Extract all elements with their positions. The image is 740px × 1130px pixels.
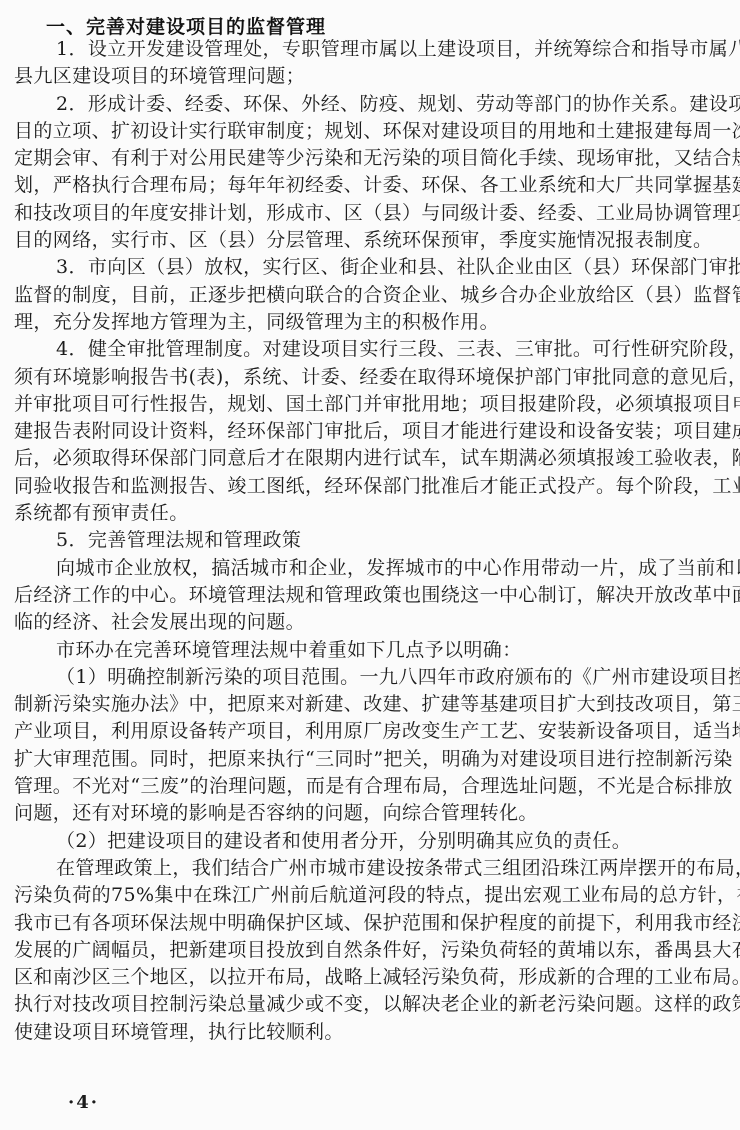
text-line: （1）明确控制新污染的项目范围。一九八四年市政府颁布的《广州市建设项目控: [14, 664, 730, 691]
text-line: 5．完善管理法规和管理政策: [14, 527, 730, 554]
text-line: 须有环境影响报告书(表)，系统、计委、经委在取得环境保护部门审批同意的意见后，: [14, 364, 730, 391]
page-number: ·4·: [68, 1092, 99, 1113]
text-line: 扩大审理范围。同时，把原来执行“三同时”把关，明确为对建设项目进行控制新污染: [14, 746, 730, 773]
text-line: 3．市向区（县）放权，实行区、街企业和县、社队企业由区（县）环保部门审批: [14, 254, 730, 281]
text-line: 执行对技改项目控制污染总量减少或不变，以解决老企业的新老污染问题。这样的政策: [14, 991, 730, 1018]
text-line: 制新污染实施办法》中，把原来对新建、改建、扩建等基建项目扩大到技改项目，第三: [14, 691, 730, 718]
text-line: 污染负荷的75%集中在珠江广州前后航道河段的特点，提出宏观工业布局的总方针，在: [14, 882, 730, 909]
text-line: 目的网络，实行市、区（县）分层管理、系统环保预审，季度实施情况报表制度。: [14, 227, 730, 254]
body-text: 1．设立开发建设管理处，专职管理市属以上建设项目，并统筹综合和指导市属八县九区建…: [14, 36, 730, 1046]
text-line: 1．设立开发建设管理处，专职管理市属以上建设项目，并统筹综合和指导市属八: [14, 36, 730, 63]
section-heading: 一、完善对建设项目的监督管理: [46, 12, 326, 39]
text-line: 后，必须取得环保部门同意后才在限期内进行试车，试车期满必须填报竣工验收表，附: [14, 445, 730, 472]
text-line: 后经济工作的中心。环境管理法规和管理政策也围绕这一中心制订，解决开放改革中面: [14, 582, 730, 609]
text-line: 管理。不光对“三废”的治理问题，而是有合理布局，合理选址问题，不光是合标排放: [14, 773, 730, 800]
text-line: 并审批项目可行性报告，规划、国土部门并审批用地；项目报建阶段，必须填报项目申: [14, 391, 730, 418]
text-line: 同验收报告和监测报告、竣工图纸，经环保部门批准后才能正式投产。每个阶段，工业: [14, 473, 730, 500]
document-page: 一、完善对建设项目的监督管理 1．设立开发建设管理处，专职管理市属以上建设项目，…: [0, 0, 740, 1130]
text-line: 临的经济、社会发展出现的问题。: [14, 609, 730, 636]
text-line: 发展的广阔幅员，把新建项目投放到自然条件好，污染负荷轻的黄埔以东，番禺县大石: [14, 937, 730, 964]
text-line: 产业项目，利用原设备转产项目，利用原厂房改变生产工艺、安装新设备项目，适当地: [14, 718, 730, 745]
text-line: 区和南沙区三个地区，以拉开布局，战略上减轻污染负荷，形成新的合理的工业布局。: [14, 964, 730, 991]
text-line: 向城市企业放权，搞活城市和企业，发挥城市的中心作用带动一片，成了当前和以: [14, 555, 730, 582]
text-line: 系统都有预审责任。: [14, 500, 730, 527]
text-line: 理，充分发挥地方管理为主，同级管理为主的积极作用。: [14, 309, 730, 336]
text-line: 问题，还有对环境的影响是否容纳的问题，向综合管理转化。: [14, 800, 730, 827]
text-line: （2）把建设项目的建设者和使用者分开，分别明确其应负的责任。: [14, 828, 730, 855]
text-line: 监督的制度，目前，正逐步把横向联合的合资企业、城乡合办企业放给区（县）监督管: [14, 282, 730, 309]
text-line: 目的立项、扩初设计实行联审制度；规划、环保对建设项目的用地和土建报建每周一次: [14, 118, 730, 145]
text-line: 县九区建设项目的环境管理问题；: [14, 63, 730, 90]
text-line: 4．健全审批管理制度。对建设项目实行三段、三表、三审批。可行性研究阶段，必: [14, 336, 730, 363]
text-line: 在管理政策上，我们结合广州市城市建设按条带式三组团沿珠江两岸摆开的布局，: [14, 855, 730, 882]
text-line: 和技改项目的年度安排计划，形成市、区（县）与同级计委、经委、工业局协调管理项: [14, 200, 730, 227]
text-line: 划，严格执行合理布局；每年年初经委、计委、环保、各工业系统和大厂共同掌握基建: [14, 172, 730, 199]
text-line: 我市已有各项环保法规中明确保护区域、保护范围和保护程度的前提下，利用我市经济: [14, 910, 730, 937]
text-line: 市环办在完善环境管理法规中着重如下几点予以明确：: [14, 637, 730, 664]
text-line: 使建设项目环境管理，执行比较顺利。: [14, 1019, 730, 1046]
text-line: 2．形成计委、经委、环保、外经、防疫、规划、劳动等部门的协作关系。建设项: [14, 91, 730, 118]
text-line: 建报告表附同设计资料，经环保部门审批后，项目才能进行建设和设备安装；项目建成: [14, 418, 730, 445]
text-line: 定期会审、有利于对公用民建等少污染和无污染的项目简化手续、现场审批，又结合规: [14, 145, 730, 172]
